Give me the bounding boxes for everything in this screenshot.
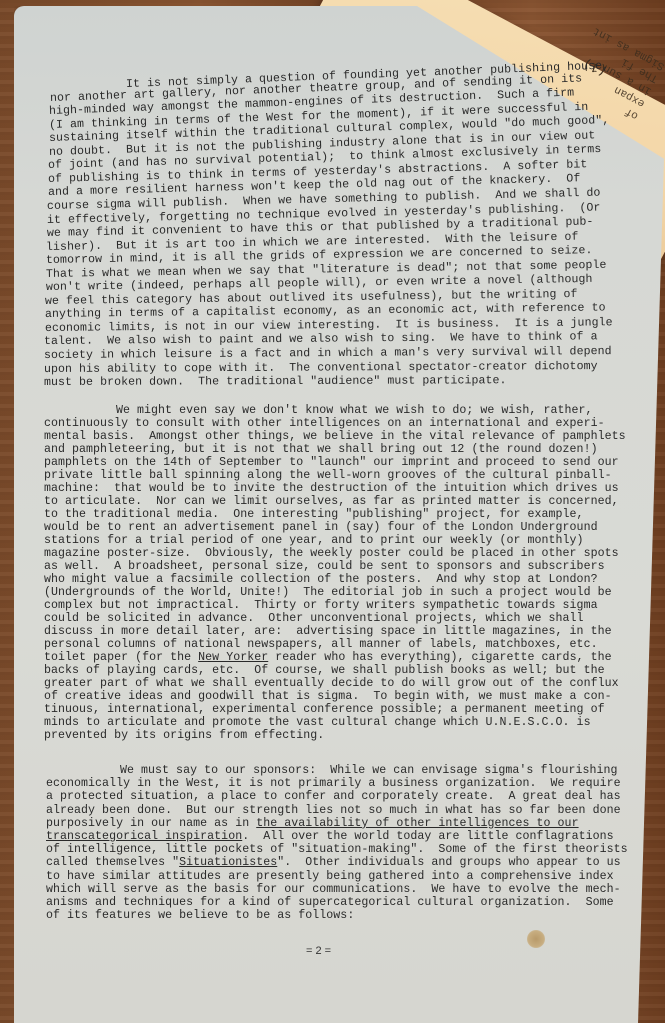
text-line: (Undergrounds of the World, Unite!) The … [44,586,612,599]
text-line: stations for a trial period of one year,… [44,534,584,547]
text-line: transcategorical inspiration. All over t… [46,830,614,843]
text-line: discuss in more detail later, are: adver… [44,625,612,638]
text-line: machine: that would be to invite the des… [44,482,619,495]
text-line: of creative ideas and goodwill that is s… [44,690,612,703]
text-line: and pamphleteering, but it is not that w… [44,443,598,456]
text-line: to have similar attitudes are presently … [46,870,614,883]
text-line: which will serve as the basis for our co… [46,883,621,896]
text-line: magazine poster-size. Obviously, the wee… [44,547,619,560]
text-line: greater part of what we shall eventually… [44,677,619,690]
text-line: backs of playing cards, etc. Of course, … [44,664,605,677]
text-line: We must say to our sponsors: While we ca… [120,764,618,777]
text-line: economically in the West, it is not prim… [46,777,621,790]
text-line: purposively in our name as in the availa… [46,817,579,830]
text-line: as well. A broadsheet, personal size, co… [44,560,605,573]
text-line: minds to articulate and promote the vast… [44,716,591,729]
text-line: mental basis. Amongst other things, we b… [44,430,626,443]
text-line: We might even say we don't know what we … [116,404,593,417]
text-line: of its features we believe to be as foll… [46,909,354,922]
text-line: upon his ability to cope with it. The co… [44,360,598,376]
text-line: of intelligence, little pockets of "situ… [46,843,628,856]
coffee-stain [527,930,545,948]
text-line: must be broken down. The traditional "au… [44,374,507,389]
text-line: could be solicited in advance. Other unc… [44,612,584,625]
text-line: tinuous, international, experimental con… [44,703,605,716]
underlined-phrase: New Yorker [198,651,268,664]
text-line: would be to rent an advertisement panel … [44,521,598,534]
text-line: already been done. But our strength lies… [46,804,621,817]
page-number: = 2 = [306,945,331,957]
underlined-phrase: the availability of other intelligences … [256,817,578,830]
text-line: private little ball spinning along the w… [44,469,612,482]
text-line: a protected situation, a place to confer… [46,790,621,803]
text-line: to articulate. Nor can we limit ourselve… [44,495,619,508]
page-body: It is not simply a question of founding … [0,0,665,1023]
text-line: who might value a facsimile collection o… [44,573,598,586]
text-line: called themselves "Situationistes". Othe… [46,856,621,869]
text-line: prevented by its origins from effecting. [44,729,324,742]
text-line: complex but not impractical. Thirty or f… [44,599,598,612]
text-line: personal columns of national newspapers,… [44,638,598,651]
text-line: continuously to consult with other intel… [44,417,605,430]
text-line: toilet paper (for the New Yorker reader … [44,651,612,664]
underlined-phrase: Situationistes [179,856,277,869]
text-line: to the traditional media. One interestin… [44,508,584,521]
text-line: pamphlets on the 14th of September to "l… [44,456,619,469]
underlined-phrase: transcategorical inspiration [46,830,242,843]
text-line: anisms and techniques for a kind of supe… [46,896,614,909]
